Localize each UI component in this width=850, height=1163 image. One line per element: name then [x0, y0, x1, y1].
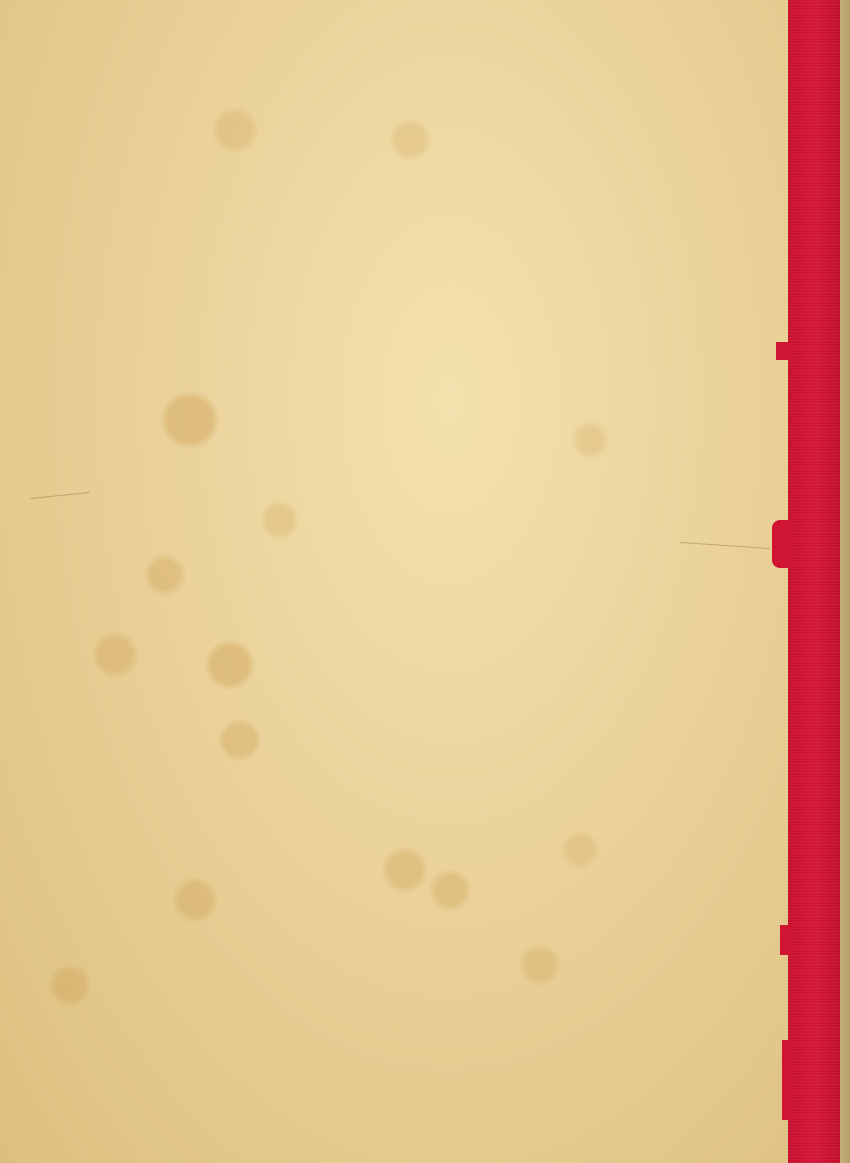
paper-crease [30, 492, 90, 499]
spine-tab [780, 925, 790, 955]
paper-crease [680, 542, 770, 549]
spine-tab [782, 1040, 790, 1120]
book-back-cover [0, 0, 850, 1163]
spine-tab [772, 520, 790, 568]
red-cloth-spine [788, 0, 840, 1163]
spine-tab [776, 342, 790, 360]
